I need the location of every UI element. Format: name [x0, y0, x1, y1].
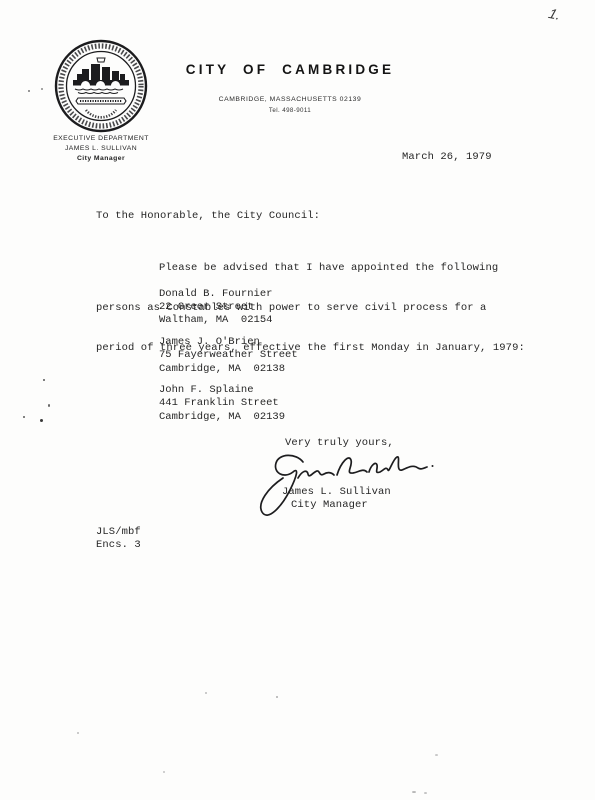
appointee-city: Cambridge, MA 02139 — [159, 411, 298, 424]
appointee-name: James J. O'Brien — [159, 336, 298, 349]
enclosures-note: Encs. 3 — [96, 539, 141, 552]
letterhead-city-title: CITY OF CAMBRIDGE — [150, 62, 430, 77]
appointee-city: Cambridge, MA 02138 — [159, 363, 298, 376]
reference-initials: JLS/mbf — [96, 526, 141, 539]
salutation: To the Honorable, the City Council: — [96, 210, 320, 223]
appointee-name: Donald B. Fournier — [159, 288, 298, 301]
appointee-street: 75 Fayerweather Street — [159, 349, 298, 362]
appointee-entry: Donald B. Fournier 22 Greer Street Walth… — [159, 288, 298, 328]
signer-title-typed: City Manager — [291, 499, 368, 512]
appointee-list: Donald B. Fournier 22 Greer Street Walth… — [159, 288, 298, 432]
letterhead-phone: Tel. 498-9011 — [150, 107, 430, 114]
manager-title: City Manager — [35, 154, 167, 164]
letter-date: March 26, 1979 — [402, 151, 492, 164]
appointee-entry: John F. Splaine 441 Franklin Street Camb… — [159, 384, 298, 424]
appointee-name: John F. Splaine — [159, 384, 298, 397]
appointee-entry: James J. O'Brien 75 Fayerweather Street … — [159, 336, 298, 376]
manager-name: JAMES L. SULLIVAN — [35, 144, 167, 154]
appointee-street: 22 Greer Street — [159, 301, 298, 314]
appointee-street: 441 Franklin Street — [159, 397, 298, 410]
scanned-letter-page: 1. — [0, 0, 595, 800]
body-line: Please be advised that I have appointed … — [96, 262, 525, 276]
letterhead-address: CAMBRIDGE, MASSACHUSETTS 02139 — [150, 96, 430, 103]
appointee-city: Waltham, MA 02154 — [159, 314, 298, 327]
city-of-cambridge-seal-icon — [53, 38, 149, 134]
handwritten-page-number: 1. — [547, 5, 564, 22]
signer-name-typed: James L. Sullivan — [282, 486, 391, 499]
executive-department-block: EXECUTIVE DEPARTMENT JAMES L. SULLIVAN C… — [35, 134, 167, 164]
department-name: EXECUTIVE DEPARTMENT — [35, 134, 167, 144]
